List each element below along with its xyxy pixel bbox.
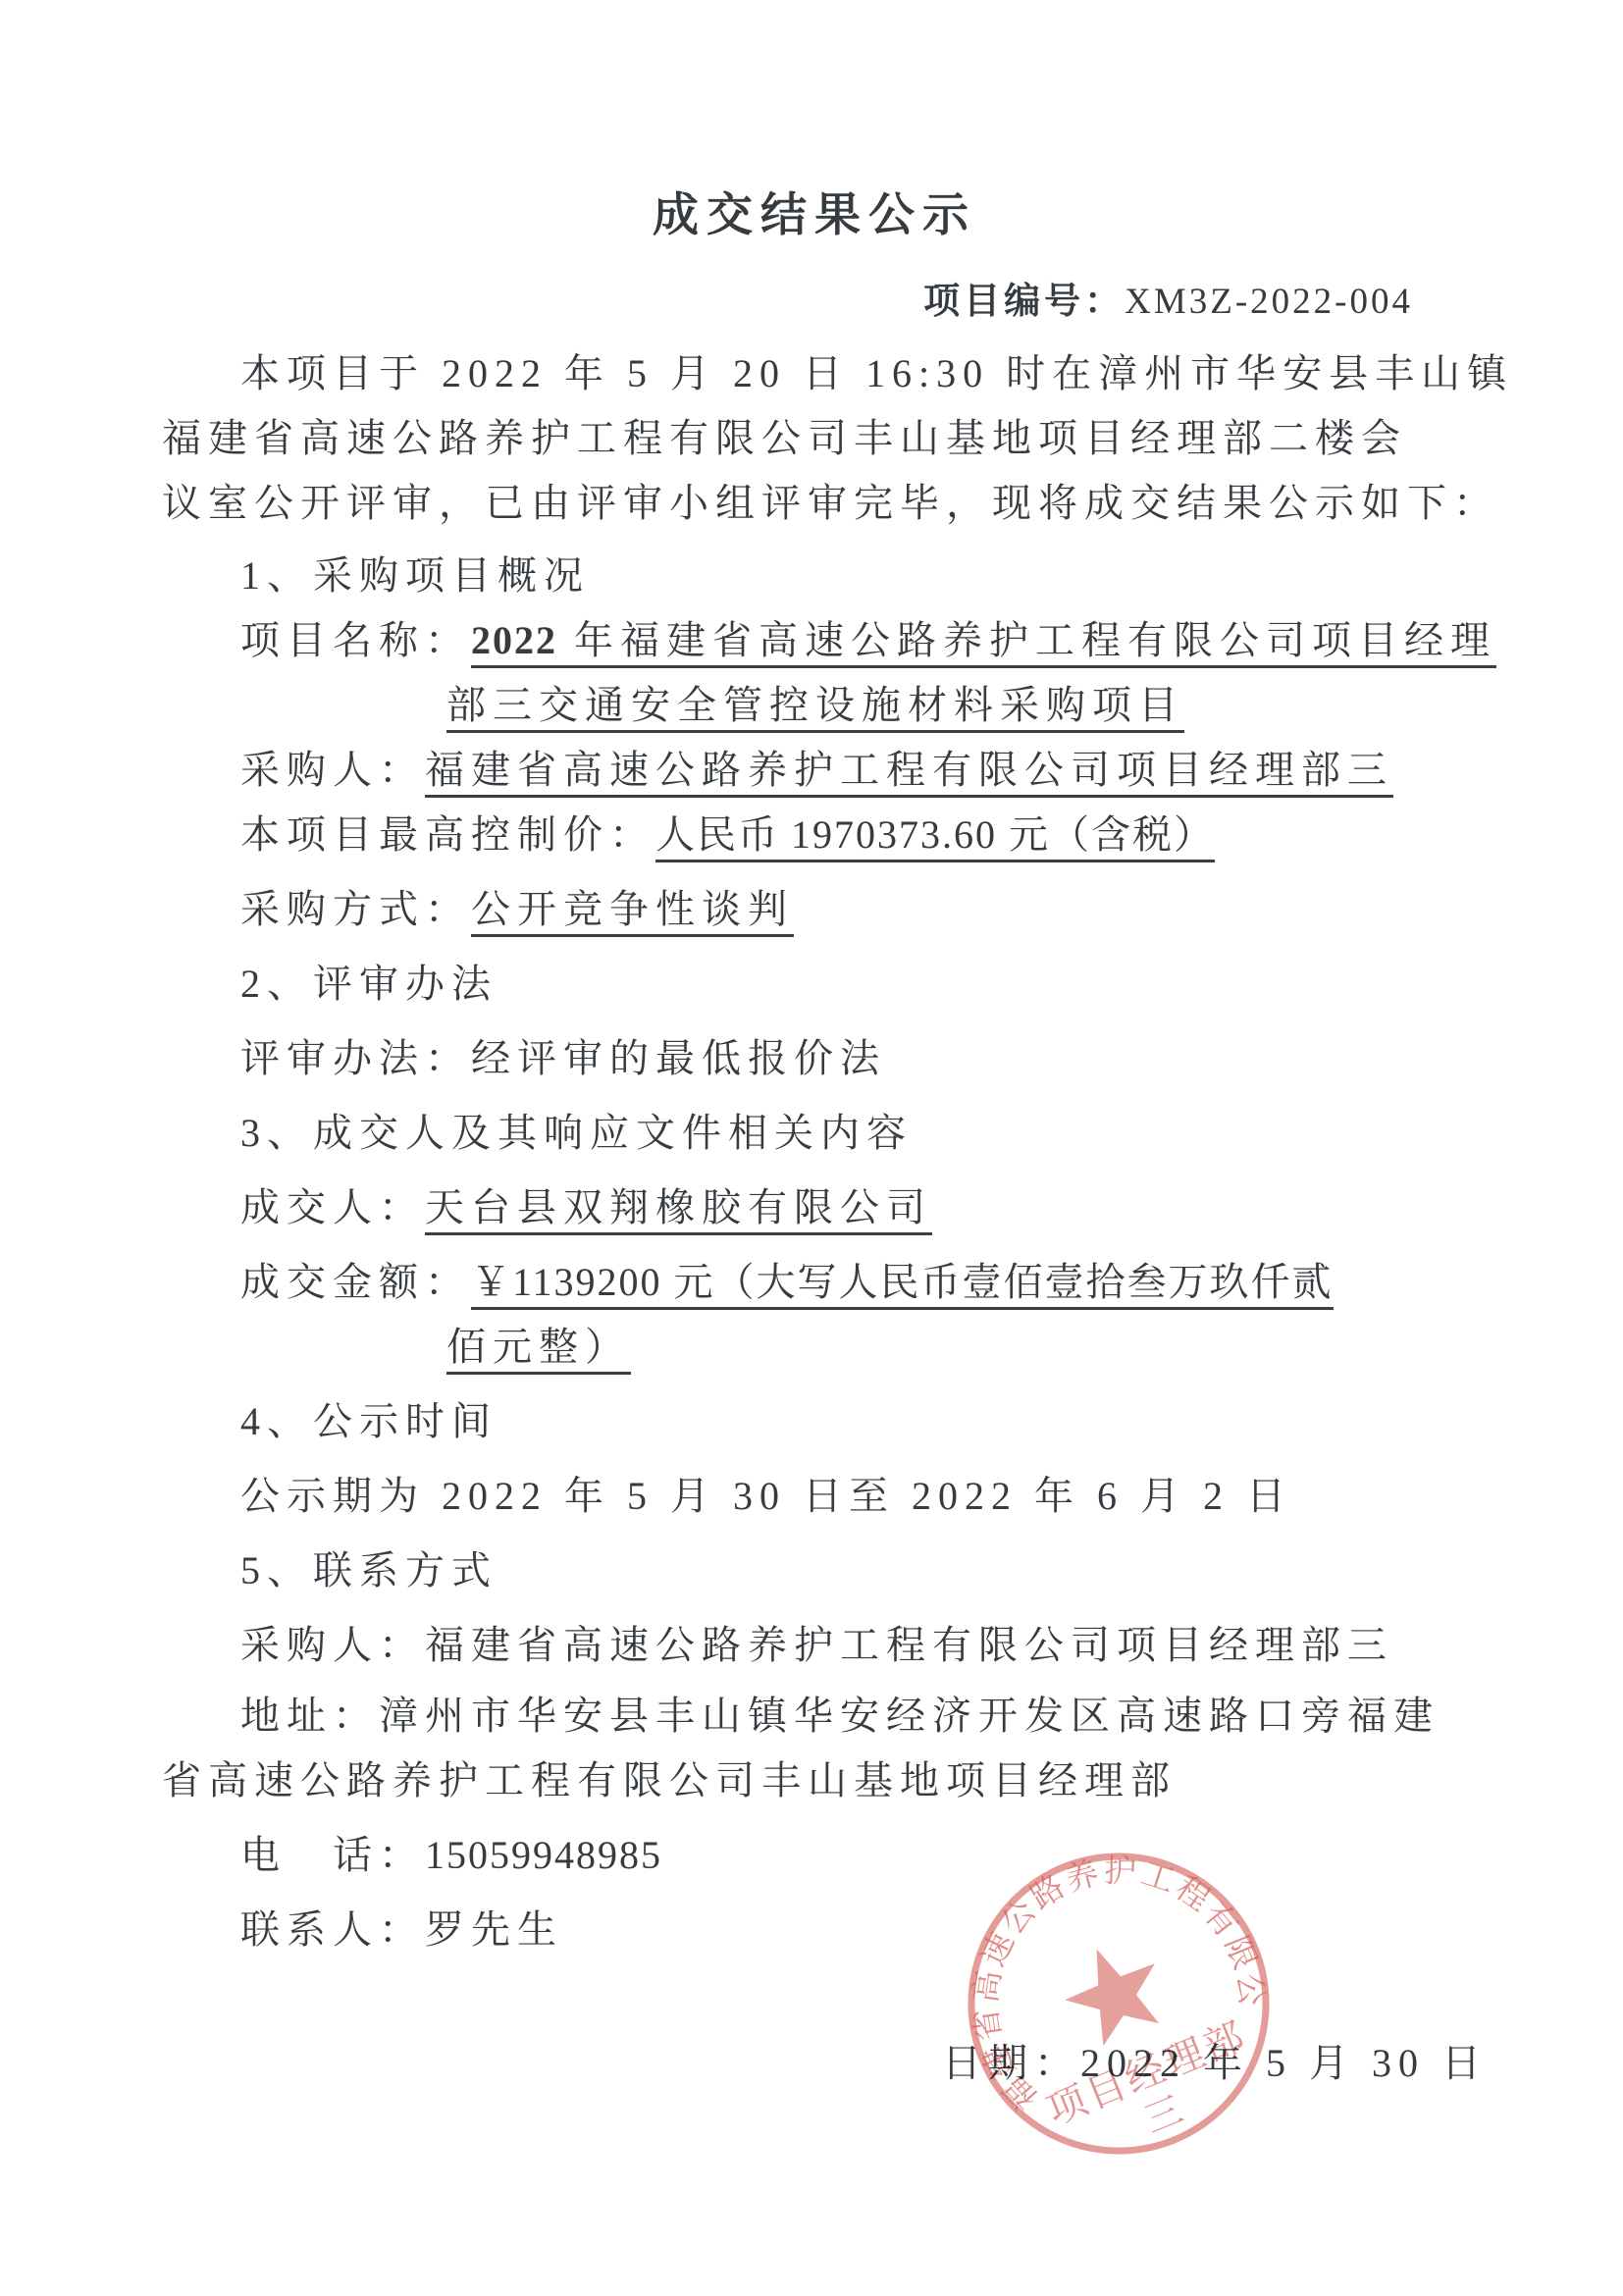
intro-line-1: 本项目于 2022 年 5 月 20 日 16:30 时在漳州市华安县丰山镇 xyxy=(162,341,1467,406)
project-number-label: 项目编号： xyxy=(923,282,1125,322)
project-name-year: 2022 xyxy=(471,618,557,662)
project-number-value: XM3Z-2022-004 xyxy=(1125,282,1413,322)
amount-value-2: 佰元整） xyxy=(446,1325,631,1375)
max-price-label: 本项目最高控制价： xyxy=(240,812,655,857)
contact-person-value: 罗先生 xyxy=(425,1907,563,1952)
page-title: 成交结果公示 xyxy=(162,186,1467,245)
amount-line-1: 成交金额：￥1139200 元（大写人民币壹佰壹拾叁万玖仟贰 xyxy=(162,1250,1467,1315)
document-page: 成交结果公示 项目编号：XM3Z-2022-004 本项目于 2022 年 5 … xyxy=(0,0,1623,2296)
intro-line-2: 福建省高速公路养护工程有限公司丰山基地项目经理部二楼会 xyxy=(162,406,1467,471)
method-label: 采购方式： xyxy=(240,887,471,931)
purchaser-label: 采购人： xyxy=(240,748,425,792)
intro-line-3: 议室公开评审，已由评审小组评审完毕，现将成交结果公示如下： xyxy=(162,471,1467,536)
max-price-value: 人民币 1970373.60 元（含税） xyxy=(655,812,1215,862)
amount-value-1: ￥1139200 元（大写人民币壹佰壹拾叁万玖仟贰 xyxy=(471,1260,1334,1310)
phone-value: 15059948985 xyxy=(425,1833,662,1877)
publicity-period-line: 公示期为 2022 年 5 月 30 日至 2022 年 6 月 2 日 xyxy=(162,1464,1467,1529)
project-name-line-2: 部三交通安全管控设施材料采购项目 xyxy=(446,673,1467,738)
method-line: 采购方式：公开竞争性谈判 xyxy=(162,877,1467,942)
winner-line: 成交人：天台县双翔橡胶有限公司 xyxy=(162,1175,1467,1240)
phone-label: 电 话： xyxy=(240,1833,425,1877)
section2-heading: 2、评审办法 xyxy=(162,952,1467,1017)
project-number-line: 项目编号：XM3Z-2022-004 xyxy=(162,281,1467,324)
address-line-1: 地址：漳州市华安县丰山镇华安经济开发区高速路口旁福建 xyxy=(162,1684,1467,1748)
project-name-line-1: 项目名称：2022 年福建省高速公路养护工程有限公司项目经理 xyxy=(162,608,1467,673)
project-name-value-2: 部三交通安全管控设施材料采购项目 xyxy=(446,683,1184,733)
section1-heading: 1、采购项目概况 xyxy=(162,544,1467,608)
date-line: 日期：2022 年 5 月 30 日 xyxy=(942,2031,1467,2096)
section3-heading: 3、成交人及其响应文件相关内容 xyxy=(162,1101,1467,1166)
stamp-number-text: 三 xyxy=(1139,2089,1189,2141)
amount-line-2: 佰元整） xyxy=(446,1315,1467,1380)
amount-label: 成交金额： xyxy=(240,1260,471,1304)
address-line-2: 省高速公路养护工程有限公司丰山基地项目经理部 xyxy=(162,1748,1467,1813)
max-price-line: 本项目最高控制价：人民币 1970373.60 元（含税） xyxy=(162,803,1467,867)
winner-label: 成交人： xyxy=(240,1185,425,1229)
contact-person-label: 联系人： xyxy=(240,1907,425,1952)
purchaser-line: 采购人：福建省高速公路养护工程有限公司项目经理部三 xyxy=(162,738,1467,803)
project-name-label: 项目名称： xyxy=(240,618,471,662)
winner-value: 天台县双翔橡胶有限公司 xyxy=(425,1185,932,1235)
purchaser-value: 福建省高速公路养护工程有限公司项目经理部三 xyxy=(425,748,1393,798)
contact-person-line: 联系人：罗先生 xyxy=(162,1898,1467,1962)
phone-line: 电 话：15059948985 xyxy=(162,1823,1467,1888)
review-method-line: 评审办法：经评审的最低报价法 xyxy=(162,1026,1467,1091)
contact-purchaser-line: 采购人：福建省高速公路养护工程有限公司项目经理部三 xyxy=(162,1613,1467,1678)
section4-heading: 4、公示时间 xyxy=(162,1389,1467,1454)
section5-heading: 5、联系方式 xyxy=(162,1539,1467,1603)
method-value: 公开竞争性谈判 xyxy=(471,887,794,937)
document-content: 成交结果公示 项目编号：XM3Z-2022-004 本项目于 2022 年 5 … xyxy=(162,186,1467,2096)
project-name-value-1: 年福建省高速公路养护工程有限公司项目经理 xyxy=(557,618,1496,662)
